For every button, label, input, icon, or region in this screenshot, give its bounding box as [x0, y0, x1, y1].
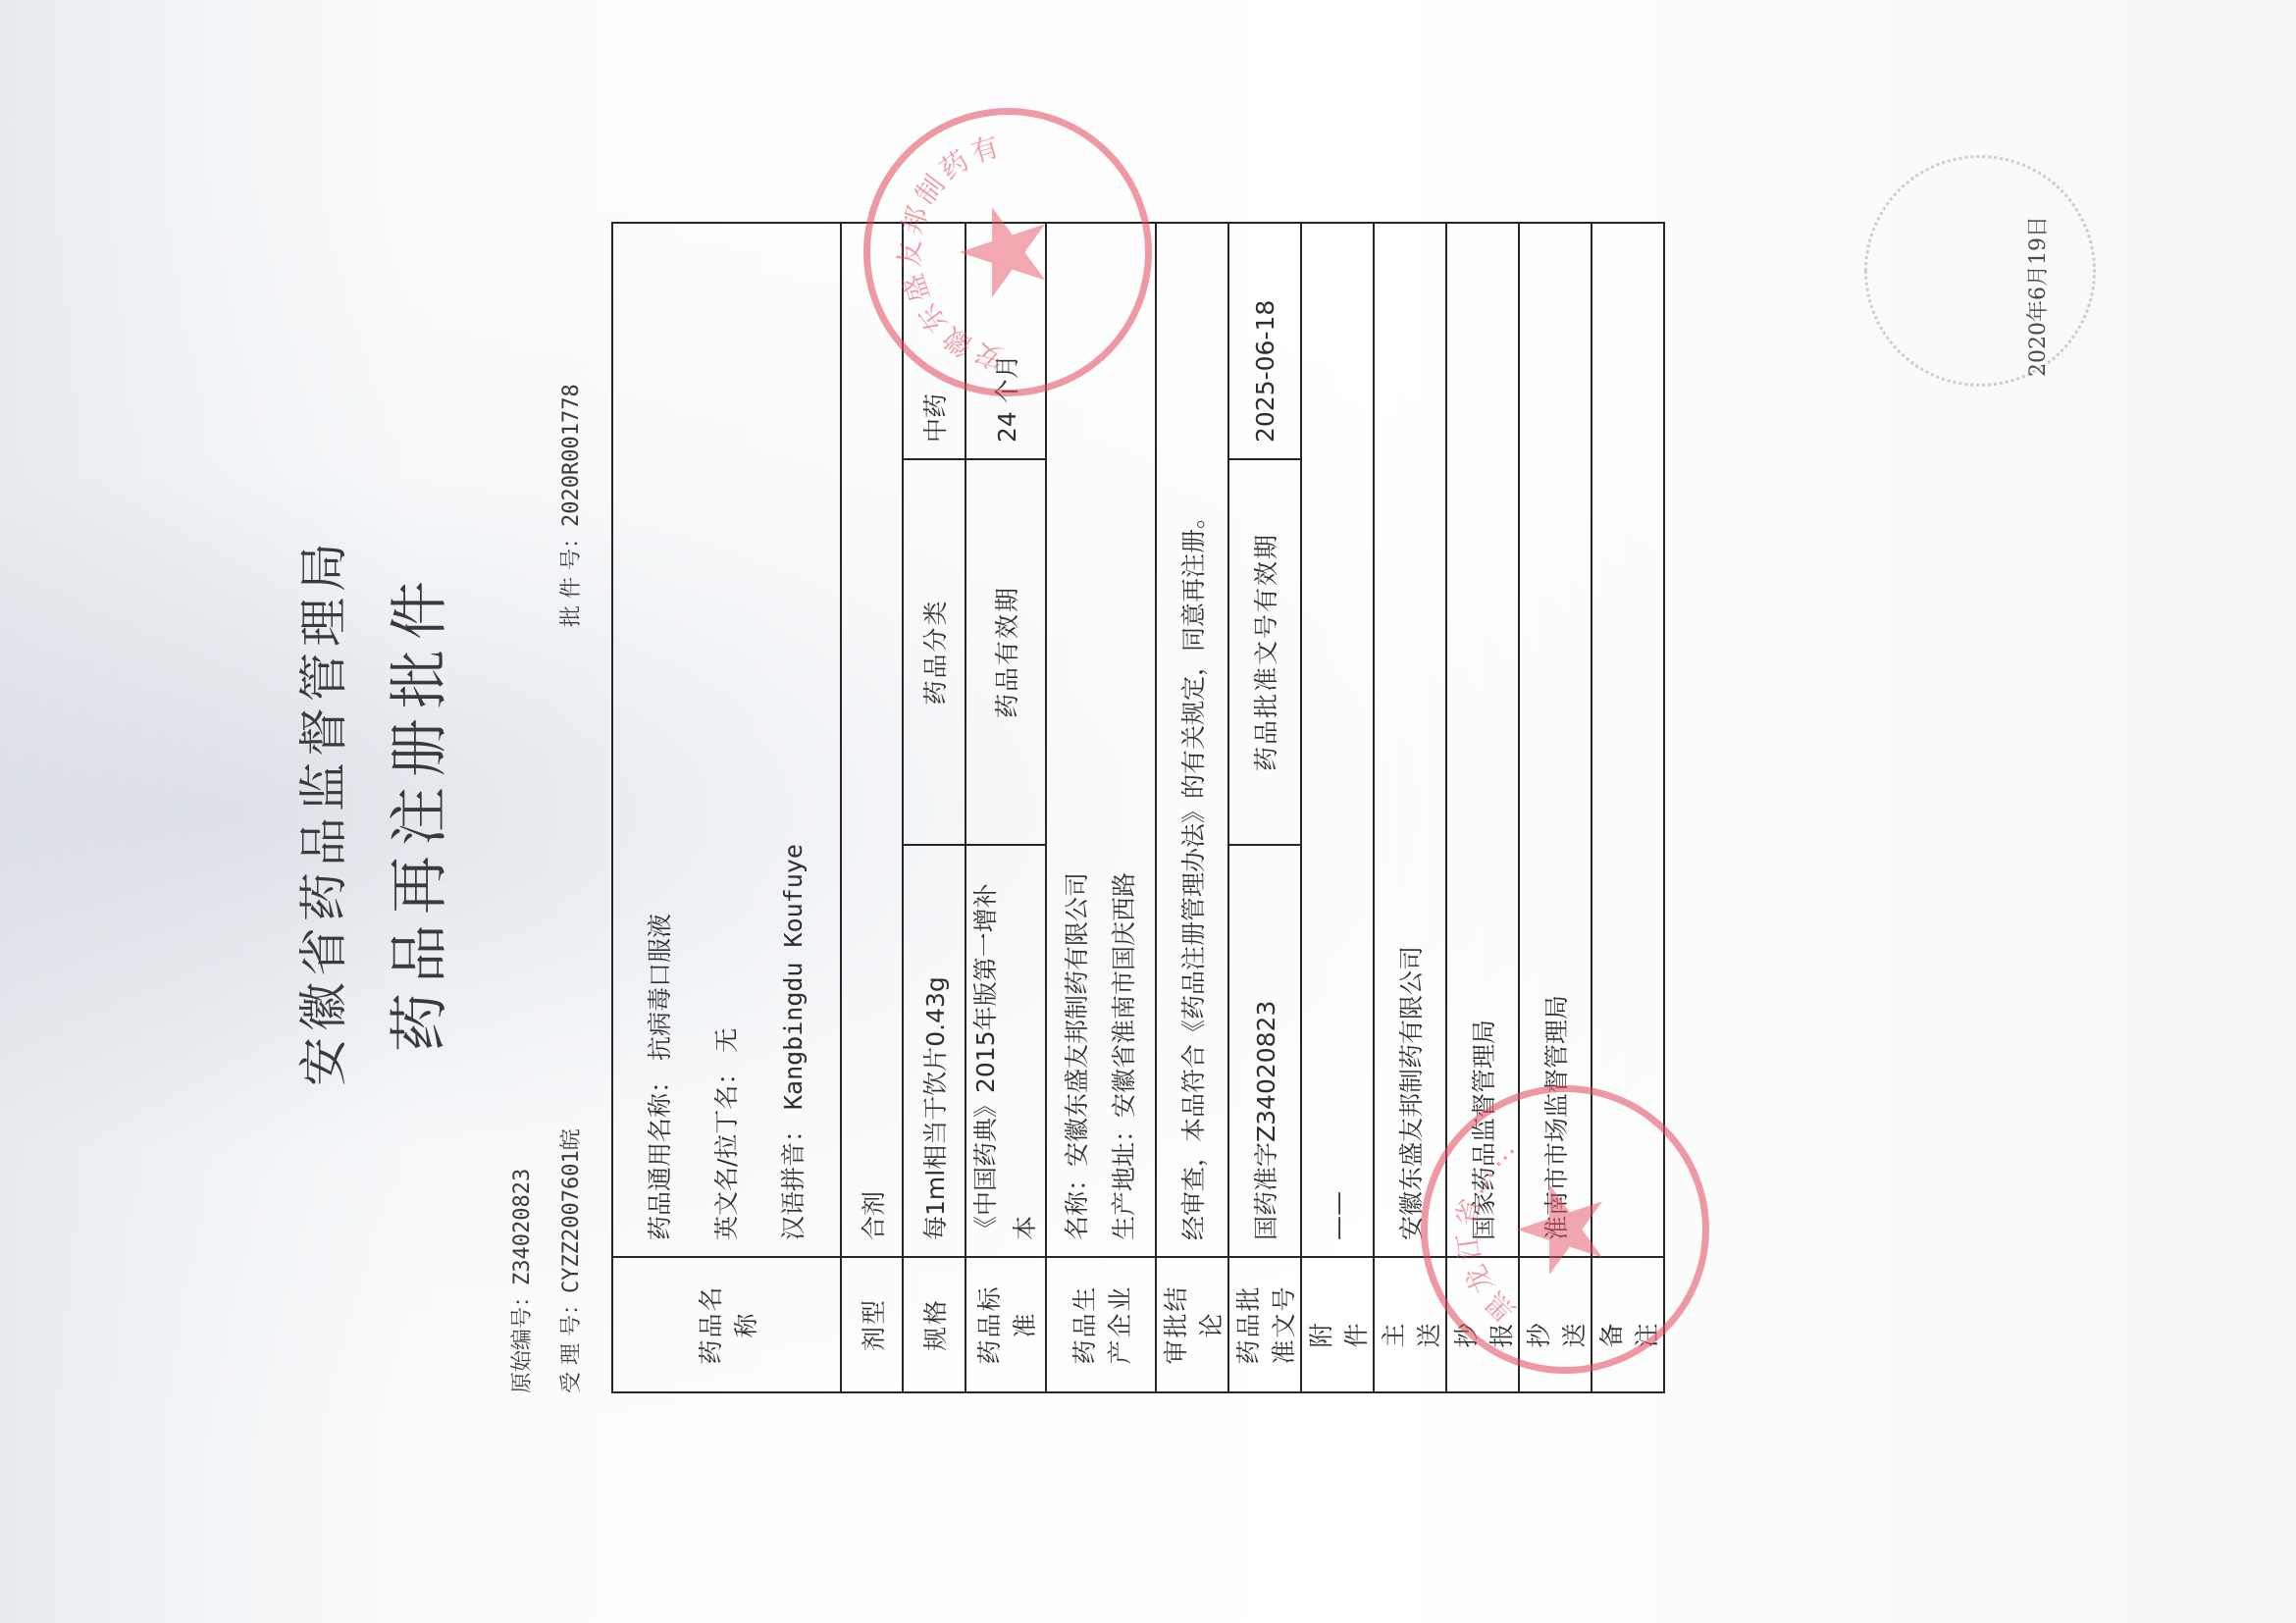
- conclusion-value: 经审查，本品符合《药品注册管理办法》的有关规定，同意再注册。: [1156, 223, 1228, 1257]
- document-title: 药品再注册批件: [373, 0, 457, 1623]
- shelf-life-label: 药品有效期: [965, 459, 1046, 845]
- drug-name-cell: 药品通用名称： 抗病毒口服液 英文名/拉丁名： 无 汉语拼音： Kangbing…: [612, 223, 841, 1257]
- faint-official-seal: [1864, 155, 2096, 387]
- approval-validity-label: 药品批准文号有效期: [1228, 459, 1301, 845]
- approval-number-value: 国药准字Z34020823: [1228, 845, 1301, 1257]
- english-name-label: 英文名/拉丁名：: [712, 1061, 741, 1240]
- registration-form-table: 药品名称 药品通用名称： 抗病毒口服液 英文名/拉丁名： 无 汉语拼音： Kan…: [611, 222, 1665, 1393]
- copy-send-value: 淮南市市场监督管理局: [1519, 223, 1592, 1257]
- row-specification: 规格 每1ml相当于饮片0.43g 药品分类 中药: [903, 223, 965, 1392]
- pinyin-value: Kangbingdu Koufuye: [779, 844, 808, 1110]
- copy-report-value: 国家药品监督管理局: [1446, 223, 1519, 1257]
- approval-document-page: 安徽省药品监督管理局 药品再注册批件 原始编号：Z34020823 受 理 号：…: [0, 0, 2296, 1623]
- remarks-value: [1592, 223, 1664, 1257]
- original-number-label: 原始编号：: [510, 1285, 535, 1393]
- manufacturer-label: 药品生产企业: [1046, 1257, 1156, 1392]
- english-name-line: 英文名/拉丁名： 无: [694, 239, 760, 1240]
- main-recipient-value: 安徽东盛友邦制药有限公司: [1374, 223, 1446, 1257]
- remarks-label: 备 注: [1592, 1257, 1664, 1392]
- manufacturer-name-value: 安徽东盛友邦制药有限公司: [1063, 872, 1091, 1167]
- row-main-recipient: 主 送 安徽东盛友邦制药有限公司: [1374, 223, 1446, 1392]
- original-number-value: Z34020823: [510, 1169, 535, 1285]
- main-recipient-label: 主 送: [1374, 1257, 1446, 1392]
- acceptance-number-value: CYZZ2007601皖: [559, 1128, 584, 1293]
- row-copy-report: 抄 报 国家药品监督管理局: [1446, 223, 1519, 1392]
- shelf-life-value: 24 个月: [965, 223, 1046, 459]
- drug-name-label: 药品名称: [612, 1257, 841, 1392]
- manufacturer-name-line: 名称：安徽东盛友邦制药有限公司: [1054, 239, 1101, 1240]
- manufacturer-address-line: 生产地址：安徽省淮南市国庆西路: [1101, 239, 1148, 1240]
- issue-date: 2020年6月19日: [2021, 216, 2052, 377]
- specification-label: 规格: [903, 1257, 965, 1392]
- manufacturer-address-value: 安徽省淮南市国庆西路: [1110, 872, 1138, 1118]
- copy-send-label: 抄 送: [1519, 1257, 1592, 1392]
- approval-number-label: 药品批准文号: [1228, 1257, 1301, 1392]
- approval-validity-value: 2025-06-18: [1228, 223, 1301, 459]
- approval-doc-number-label: 批 件 号：: [559, 527, 584, 627]
- approval-doc-number: 批 件 号：2020R001778: [554, 384, 585, 627]
- original-number: 原始编号：Z34020823: [505, 1169, 536, 1393]
- attachment-label: 附 件: [1301, 1257, 1374, 1392]
- manufacturer-address-label: 生产地址：: [1110, 1118, 1138, 1240]
- generic-name-line: 药品通用名称： 抗病毒口服液: [627, 239, 694, 1240]
- copy-report-label: 抄 报: [1446, 1257, 1519, 1392]
- generic-name-value: 抗病毒口服液: [646, 914, 674, 1061]
- category-label: 药品分类: [903, 459, 965, 845]
- issuing-authority-title: 安徽省药品监督管理局: [285, 0, 355, 1623]
- english-name-value: 无: [712, 1028, 741, 1053]
- row-standard: 药品标准 《中国药典》2015年版第一增补本 药品有效期 24 个月: [965, 223, 1046, 1392]
- row-dosage-form: 剂型 合剂: [841, 223, 903, 1392]
- dosage-form-value: 合剂: [841, 223, 903, 1257]
- row-manufacturer: 药品生产企业 名称：安徽东盛友邦制药有限公司 生产地址：安徽省淮南市国庆西路: [1046, 223, 1156, 1392]
- row-copy-send: 抄 送 淮南市市场监督管理局: [1519, 223, 1592, 1392]
- manufacturer-cell: 名称：安徽东盛友邦制药有限公司 生产地址：安徽省淮南市国庆西路: [1046, 223, 1156, 1257]
- standard-label: 药品标准: [965, 1257, 1046, 1392]
- approval-doc-number-value: 2020R001778: [559, 384, 584, 527]
- standard-value: 《中国药典》2015年版第一增补本: [965, 845, 1046, 1257]
- row-attachment: 附 件 ——: [1301, 223, 1374, 1392]
- row-remarks: 备 注: [1592, 223, 1664, 1392]
- attachment-value: ——: [1301, 223, 1374, 1257]
- category-value: 中药: [903, 223, 965, 459]
- row-drug-name: 药品名称 药品通用名称： 抗病毒口服液 英文名/拉丁名： 无 汉语拼音： Kan…: [612, 223, 841, 1392]
- conclusion-label: 审批结论: [1156, 1257, 1228, 1392]
- pinyin-line: 汉语拼音： Kangbingdu Koufuye: [760, 239, 827, 1240]
- row-approval-number: 药品批准文号 国药准字Z34020823 药品批准文号有效期 2025-06-1…: [1228, 223, 1301, 1392]
- acceptance-number: 受 理 号：CYZZ2007601皖: [554, 1128, 585, 1393]
- acceptance-number-label: 受 理 号：: [559, 1293, 584, 1393]
- pinyin-label: 汉语拼音：: [779, 1118, 808, 1240]
- specification-value: 每1ml相当于饮片0.43g: [903, 845, 965, 1257]
- dosage-form-label: 剂型: [841, 1257, 903, 1392]
- manufacturer-name-label: 名称：: [1063, 1167, 1091, 1240]
- row-conclusion: 审批结论 经审查，本品符合《药品注册管理办法》的有关规定，同意再注册。: [1156, 223, 1228, 1392]
- generic-name-label: 药品通用名称：: [646, 1069, 674, 1240]
